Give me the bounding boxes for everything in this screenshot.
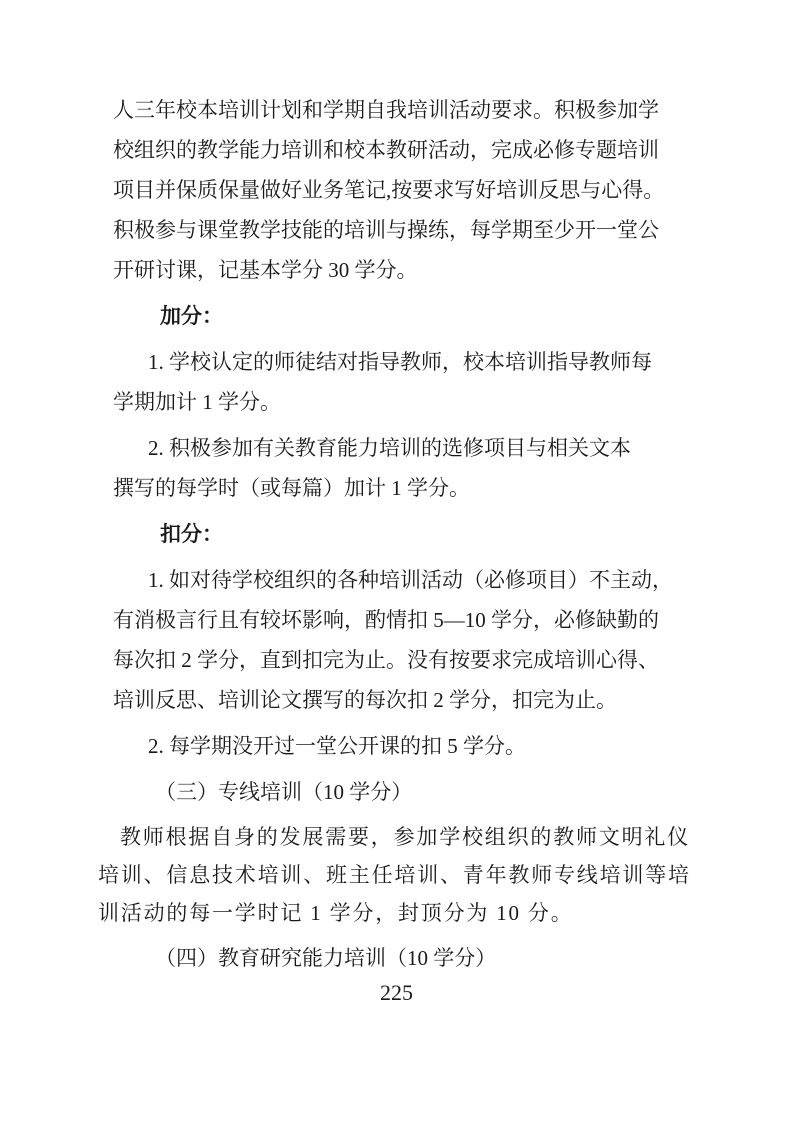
paragraph-intro: 人三年校本培训计划和学期自我培训活动要求。积极参加学 校组织的教学能力培训和校本… (113, 90, 725, 290)
heading-bonus-points: 加分： (113, 296, 725, 336)
document-body: 人三年校本培训计划和学期自我培训活动要求。积极参加学 校组织的教学能力培训和校本… (113, 90, 725, 978)
deduction-item-1: 1. 如对待学校组织的各种培训活动（必修项目）不主动， 有消极言行且有较坏影响，… (113, 560, 725, 720)
page-number: 225 (0, 973, 793, 1013)
section-heading-3-special-training: （三）专线培训（10 学分） (113, 772, 725, 812)
deduction-item-2: 2. 每学期没开过一堂公开课的扣 5 学分。 (113, 726, 725, 766)
section-heading-4-research-training: （四）教育研究能力培训（10 学分） (113, 938, 725, 978)
bonus-item-1: 1. 学校认定的师徒结对指导教师，校本培训指导教师每 学期加计 1 学分。 (113, 342, 725, 422)
document-page: 人三年校本培训计划和学期自我培训活动要求。积极参加学 校组织的教学能力培训和校本… (0, 0, 793, 1122)
section-3-body: 教师根据自身的发展需要，参加学校组织的教师文明礼仪 培训、信息技术培训、班主任培… (98, 818, 725, 932)
heading-deduction-points: 扣分： (113, 514, 725, 554)
bonus-item-2: 2. 积极参加有关教育能力培训的选修项目与相关文本 撰写的每学时（或每篇）加计 … (113, 428, 725, 508)
